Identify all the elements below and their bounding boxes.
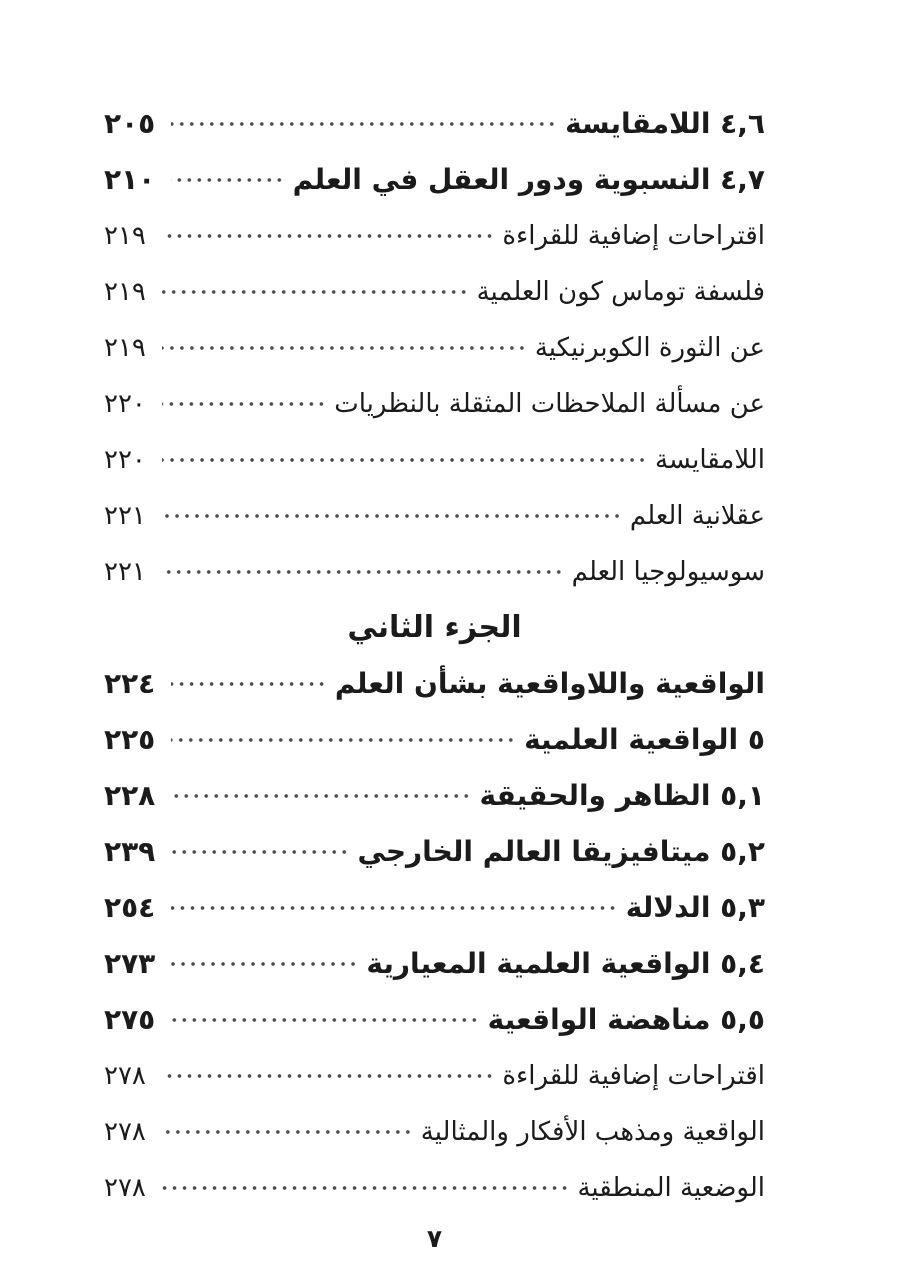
toc-entry-page: ٢٢٨ xyxy=(104,782,155,810)
toc-entry-title: الوضعية المنطقية xyxy=(577,1175,765,1201)
dot-leader xyxy=(162,264,469,320)
toc-entry-title: اقتراحات إضافية للقراءة xyxy=(502,223,765,249)
toc-entry-title: عن الثورة الكوبرنيكية xyxy=(535,335,765,361)
toc-entry: عن الثورة الكوبرنيكية ٢١٩ xyxy=(104,320,765,376)
toc-entry: ٥,٥ مناهضة الواقعية ٢٧٥ xyxy=(104,992,765,1048)
toc-entry: اقتراحات إضافية للقراءة ٢١٩ xyxy=(104,208,765,264)
toc-entry-title: فلسفة توماس كون العلمية xyxy=(477,279,765,305)
dot-leader xyxy=(171,656,327,712)
toc-entry-title: اقتراحات إضافية للقراءة xyxy=(502,1063,765,1089)
dot-leader xyxy=(171,712,516,768)
toc-entry-page: ٢٧٣ xyxy=(104,950,155,978)
toc-entry: عقلانية العلم ٢٢١ xyxy=(104,488,765,544)
dot-leader xyxy=(162,1048,494,1104)
toc-entry-page: ٢٢٥ xyxy=(104,726,155,754)
toc-entry-title: ٤,٦ اللامقايسة xyxy=(565,110,765,138)
toc-entry: فلسفة توماس كون العلمية ٢١٩ xyxy=(104,264,765,320)
toc-entry-title: اللامقايسة xyxy=(655,447,765,473)
toc-entry: سوسيولوجيا العلم ٢٢١ xyxy=(104,544,765,600)
toc-entry-title: الجزء الثاني xyxy=(347,613,521,643)
toc-entry: الواقعية واللاواقعية بشأن العلم ٢٢٤ xyxy=(104,656,765,712)
toc-entry: ٥,٣ الدلالة ٢٥٤ xyxy=(104,880,765,936)
toc-entry: ٥,٤ الواقعية العلمية المعيارية ٢٧٣ xyxy=(104,936,765,992)
toc-entry-page: ٢١٩ xyxy=(104,335,146,361)
toc-entry-title: عقلانية العلم xyxy=(630,503,765,529)
dot-leader xyxy=(171,824,349,880)
toc-entry-title: ٥,٣ الدلالة xyxy=(626,894,765,922)
book-page: ٤,٦ اللامقايسة ٢٠٥ ٤,٧ النسبوية ودور الع… xyxy=(0,0,906,1280)
toc-entry: الوضعية المنطقية ٢٧٨ xyxy=(104,1160,765,1216)
dot-leader xyxy=(162,488,622,544)
toc-entry-title: سوسيولوجيا العلم xyxy=(572,559,765,585)
toc-entry: اللامقايسة ٢٢٠ xyxy=(104,432,765,488)
dot-leader xyxy=(162,1104,413,1160)
toc-entry-page: ٢٧٨ xyxy=(104,1119,146,1145)
toc-entry-page: ٢٢٠ xyxy=(104,391,146,417)
dot-leader xyxy=(162,320,527,376)
page-number-footer: ٧ xyxy=(104,1224,765,1253)
dot-leader xyxy=(171,152,284,208)
toc-entry-page: ٢١٩ xyxy=(104,223,146,249)
toc-entry: ٥,٢ ميتافيزيقا العالم الخارجي ٢٣٩ xyxy=(104,824,765,880)
toc-entry-title: ٥,٢ ميتافيزيقا العالم الخارجي xyxy=(358,838,765,866)
toc-entry-title: الواقعية ومذهب الأفكار والمثالية xyxy=(421,1119,765,1145)
toc-entry-page: ٢١٩ xyxy=(104,279,146,305)
toc-entry-title: ٥,١ الظاهر والحقيقة xyxy=(480,782,765,810)
toc-entry-page: ٢٧٨ xyxy=(104,1063,146,1089)
toc-entry-page: ٢٥٤ xyxy=(104,894,155,922)
toc-entry: ٤,٦ اللامقايسة ٢٠٥ xyxy=(104,96,765,152)
dot-leader xyxy=(162,376,326,432)
toc-list: ٤,٦ اللامقايسة ٢٠٥ ٤,٧ النسبوية ودور الع… xyxy=(104,96,765,1216)
part-heading: الجزء الثاني xyxy=(104,600,765,656)
toc-entry: ٥,١ الظاهر والحقيقة ٢٢٨ xyxy=(104,768,765,824)
toc-entry: عن مسألة الملاحظات المثقلة بالنظريات ٢٢٠ xyxy=(104,376,765,432)
dot-leader xyxy=(162,544,564,600)
toc-entry-title: عن مسألة الملاحظات المثقلة بالنظريات xyxy=(334,391,765,417)
toc-entry-page: ٢٧٨ xyxy=(104,1175,146,1201)
toc-entry-title: ٥,٤ الواقعية العلمية المعيارية xyxy=(366,950,765,978)
toc-entry-title: الواقعية واللاواقعية بشأن العلم xyxy=(335,670,765,698)
toc-entry-page: ٢١٠ xyxy=(104,166,155,194)
dot-leader xyxy=(171,992,479,1048)
dot-leader xyxy=(171,96,557,152)
toc-entry-page: ٢٢٠ xyxy=(104,447,146,473)
toc-entry: الواقعية ومذهب الأفكار والمثالية ٢٧٨ xyxy=(104,1104,765,1160)
toc-entry-page: ٢٢١ xyxy=(104,559,146,585)
dot-leader xyxy=(162,1160,570,1216)
toc-entry: اقتراحات إضافية للقراءة ٢٧٨ xyxy=(104,1048,765,1104)
toc-entry-page: ٢٧٥ xyxy=(104,1006,155,1034)
toc-entry-page: ٢٢٤ xyxy=(104,670,155,698)
toc-entry-page: ٢٠٥ xyxy=(104,110,155,138)
toc-entry-title: ٥,٥ مناهضة الواقعية xyxy=(488,1006,765,1034)
toc-entry-page: ٢٣٩ xyxy=(104,838,155,866)
dot-leader xyxy=(162,208,494,264)
toc-entry-title: ٤,٧ النسبوية ودور العقل في العلم xyxy=(293,166,765,194)
toc-entry-page: ٢٢١ xyxy=(104,503,146,529)
toc-entry: ٤,٧ النسبوية ودور العقل في العلم ٢١٠ xyxy=(104,152,765,208)
dot-leader xyxy=(162,432,647,488)
dot-leader xyxy=(171,936,358,992)
toc-entry: ٥ الواقعية العلمية ٢٢٥ xyxy=(104,712,765,768)
dot-leader xyxy=(171,768,471,824)
dot-leader xyxy=(171,880,618,936)
toc-entry-title: ٥ الواقعية العلمية xyxy=(524,726,765,754)
